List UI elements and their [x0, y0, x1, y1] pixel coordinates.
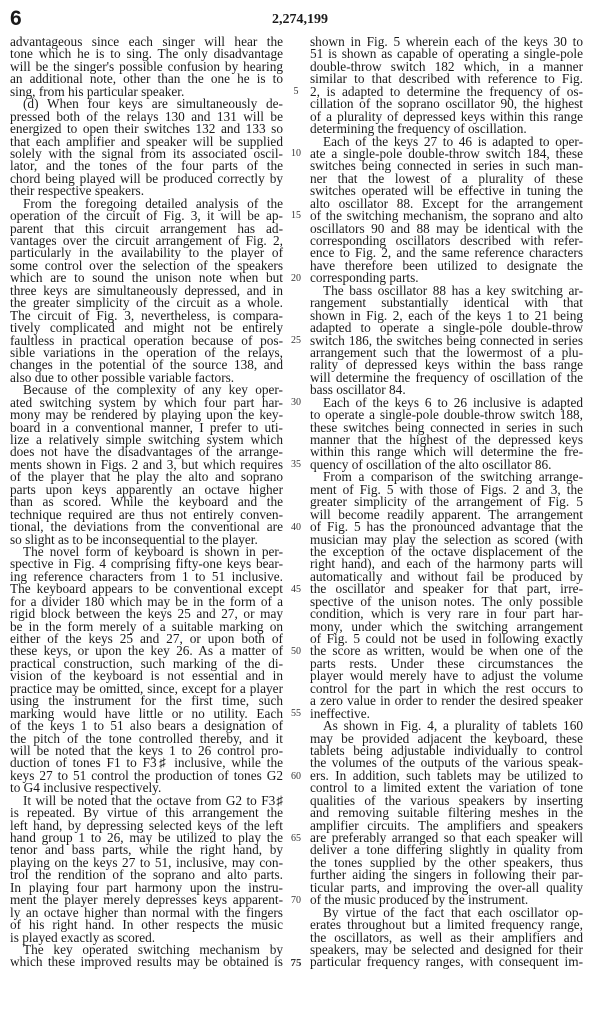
line-number: 65 — [285, 833, 307, 844]
left-text-column: advantageous since each singer will hear… — [10, 36, 283, 969]
line-number: 35 — [285, 459, 307, 470]
line-number: 30 — [285, 397, 307, 408]
line-number: 60 — [285, 771, 307, 782]
patent-number: 2,274,199 — [0, 12, 600, 28]
patent-page: 6 2,274,199 advantageous since each sing… — [0, 0, 600, 1011]
line-number: 55 — [285, 708, 307, 719]
right-text-column: shown in Fig. 5 wherein each of the keys… — [310, 36, 583, 969]
line-number: 5 — [285, 86, 307, 97]
line-number: 70 — [285, 895, 307, 906]
line-number: 20 — [285, 273, 307, 284]
line-number: 75 — [285, 957, 307, 969]
line-number: 45 — [285, 584, 307, 595]
line-number: 25 — [285, 335, 307, 346]
text-line: particular frequency ranges, with conseq… — [310, 956, 583, 968]
line-number: 40 — [285, 522, 307, 533]
line-number: 15 — [285, 210, 307, 221]
line-number: 50 — [285, 646, 307, 657]
line-number: 10 — [285, 148, 307, 159]
text-line: which these improved results may be obta… — [10, 956, 283, 968]
